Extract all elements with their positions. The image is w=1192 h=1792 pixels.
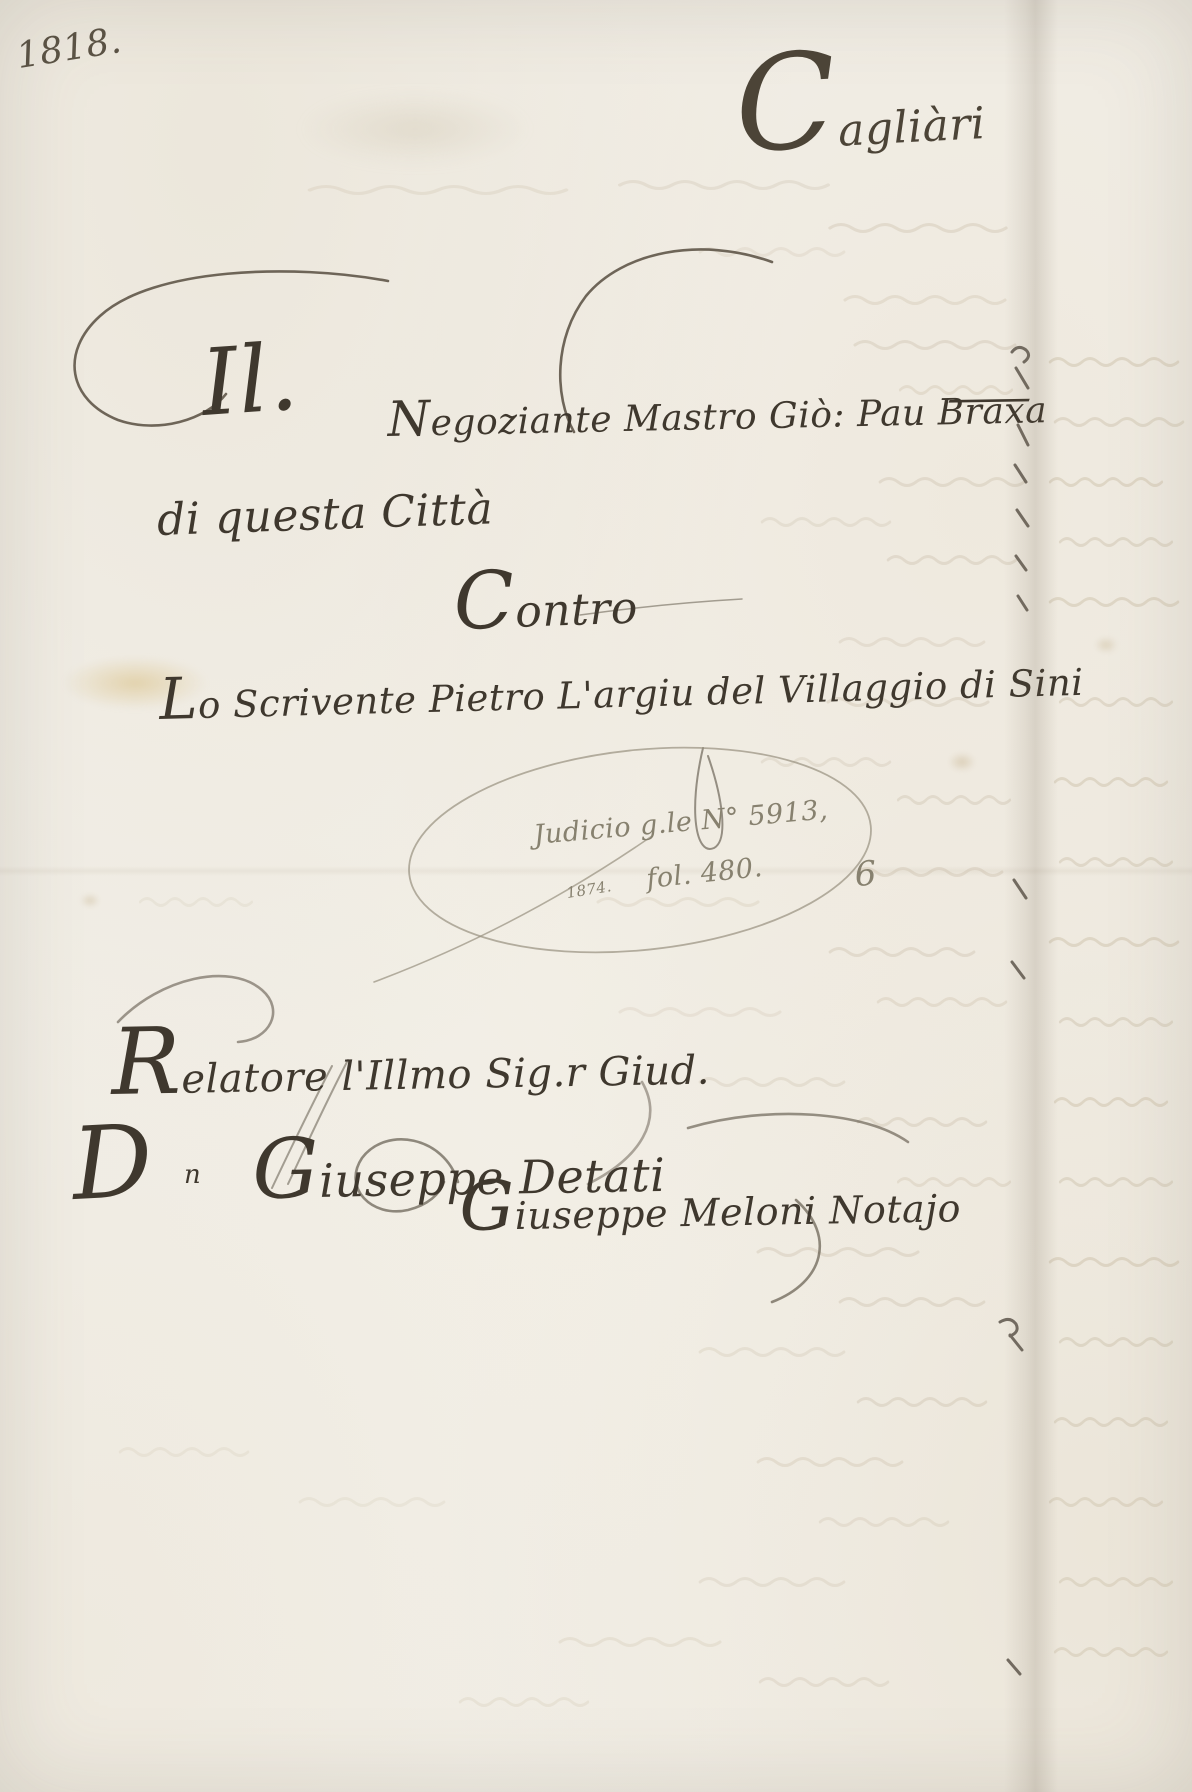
foxing-spot [80,893,100,908]
paper-crease [0,866,1192,876]
docket-folio: fol. 480. [645,854,764,894]
notary-signature: Giuseppe Meloni Notajo [459,1189,961,1238]
page-edge-shadow [1004,0,1058,1792]
page-edge-marks [1000,347,1029,1674]
docket-reference: Judicio g.le N° 5913, [533,796,830,850]
docket-number: 6 [854,857,879,894]
foxing-spot [948,752,976,772]
party-line-dash: — [943,377,1035,420]
docket-small-year: 1874. [566,879,613,902]
docket-tail [374,836,652,982]
dn-initial: D [70,1108,156,1217]
docket-oval [399,726,881,973]
manuscript-page: 1818. Cagliàri Il. Negoziante Mastro Giò… [0,0,1192,1792]
dn-superscript: n [184,1162,201,1189]
year-annotation: 1818. [14,22,124,76]
party-initial: Il. [198,330,301,433]
relatore-line: Relatore l'Illmo Sig.r Giud. [111,1050,710,1102]
respondent-line: Lo Scrivente Pietro L'argiu del Villaggi… [159,664,1084,727]
party-line-2: di questa Città [156,486,494,544]
versus-label: Contro [453,586,638,639]
flourish-notary-canopy [688,1114,908,1142]
foxing-spot [1094,636,1118,654]
smudge-top [300,92,530,166]
place-heading: Cagliàri [735,93,986,160]
